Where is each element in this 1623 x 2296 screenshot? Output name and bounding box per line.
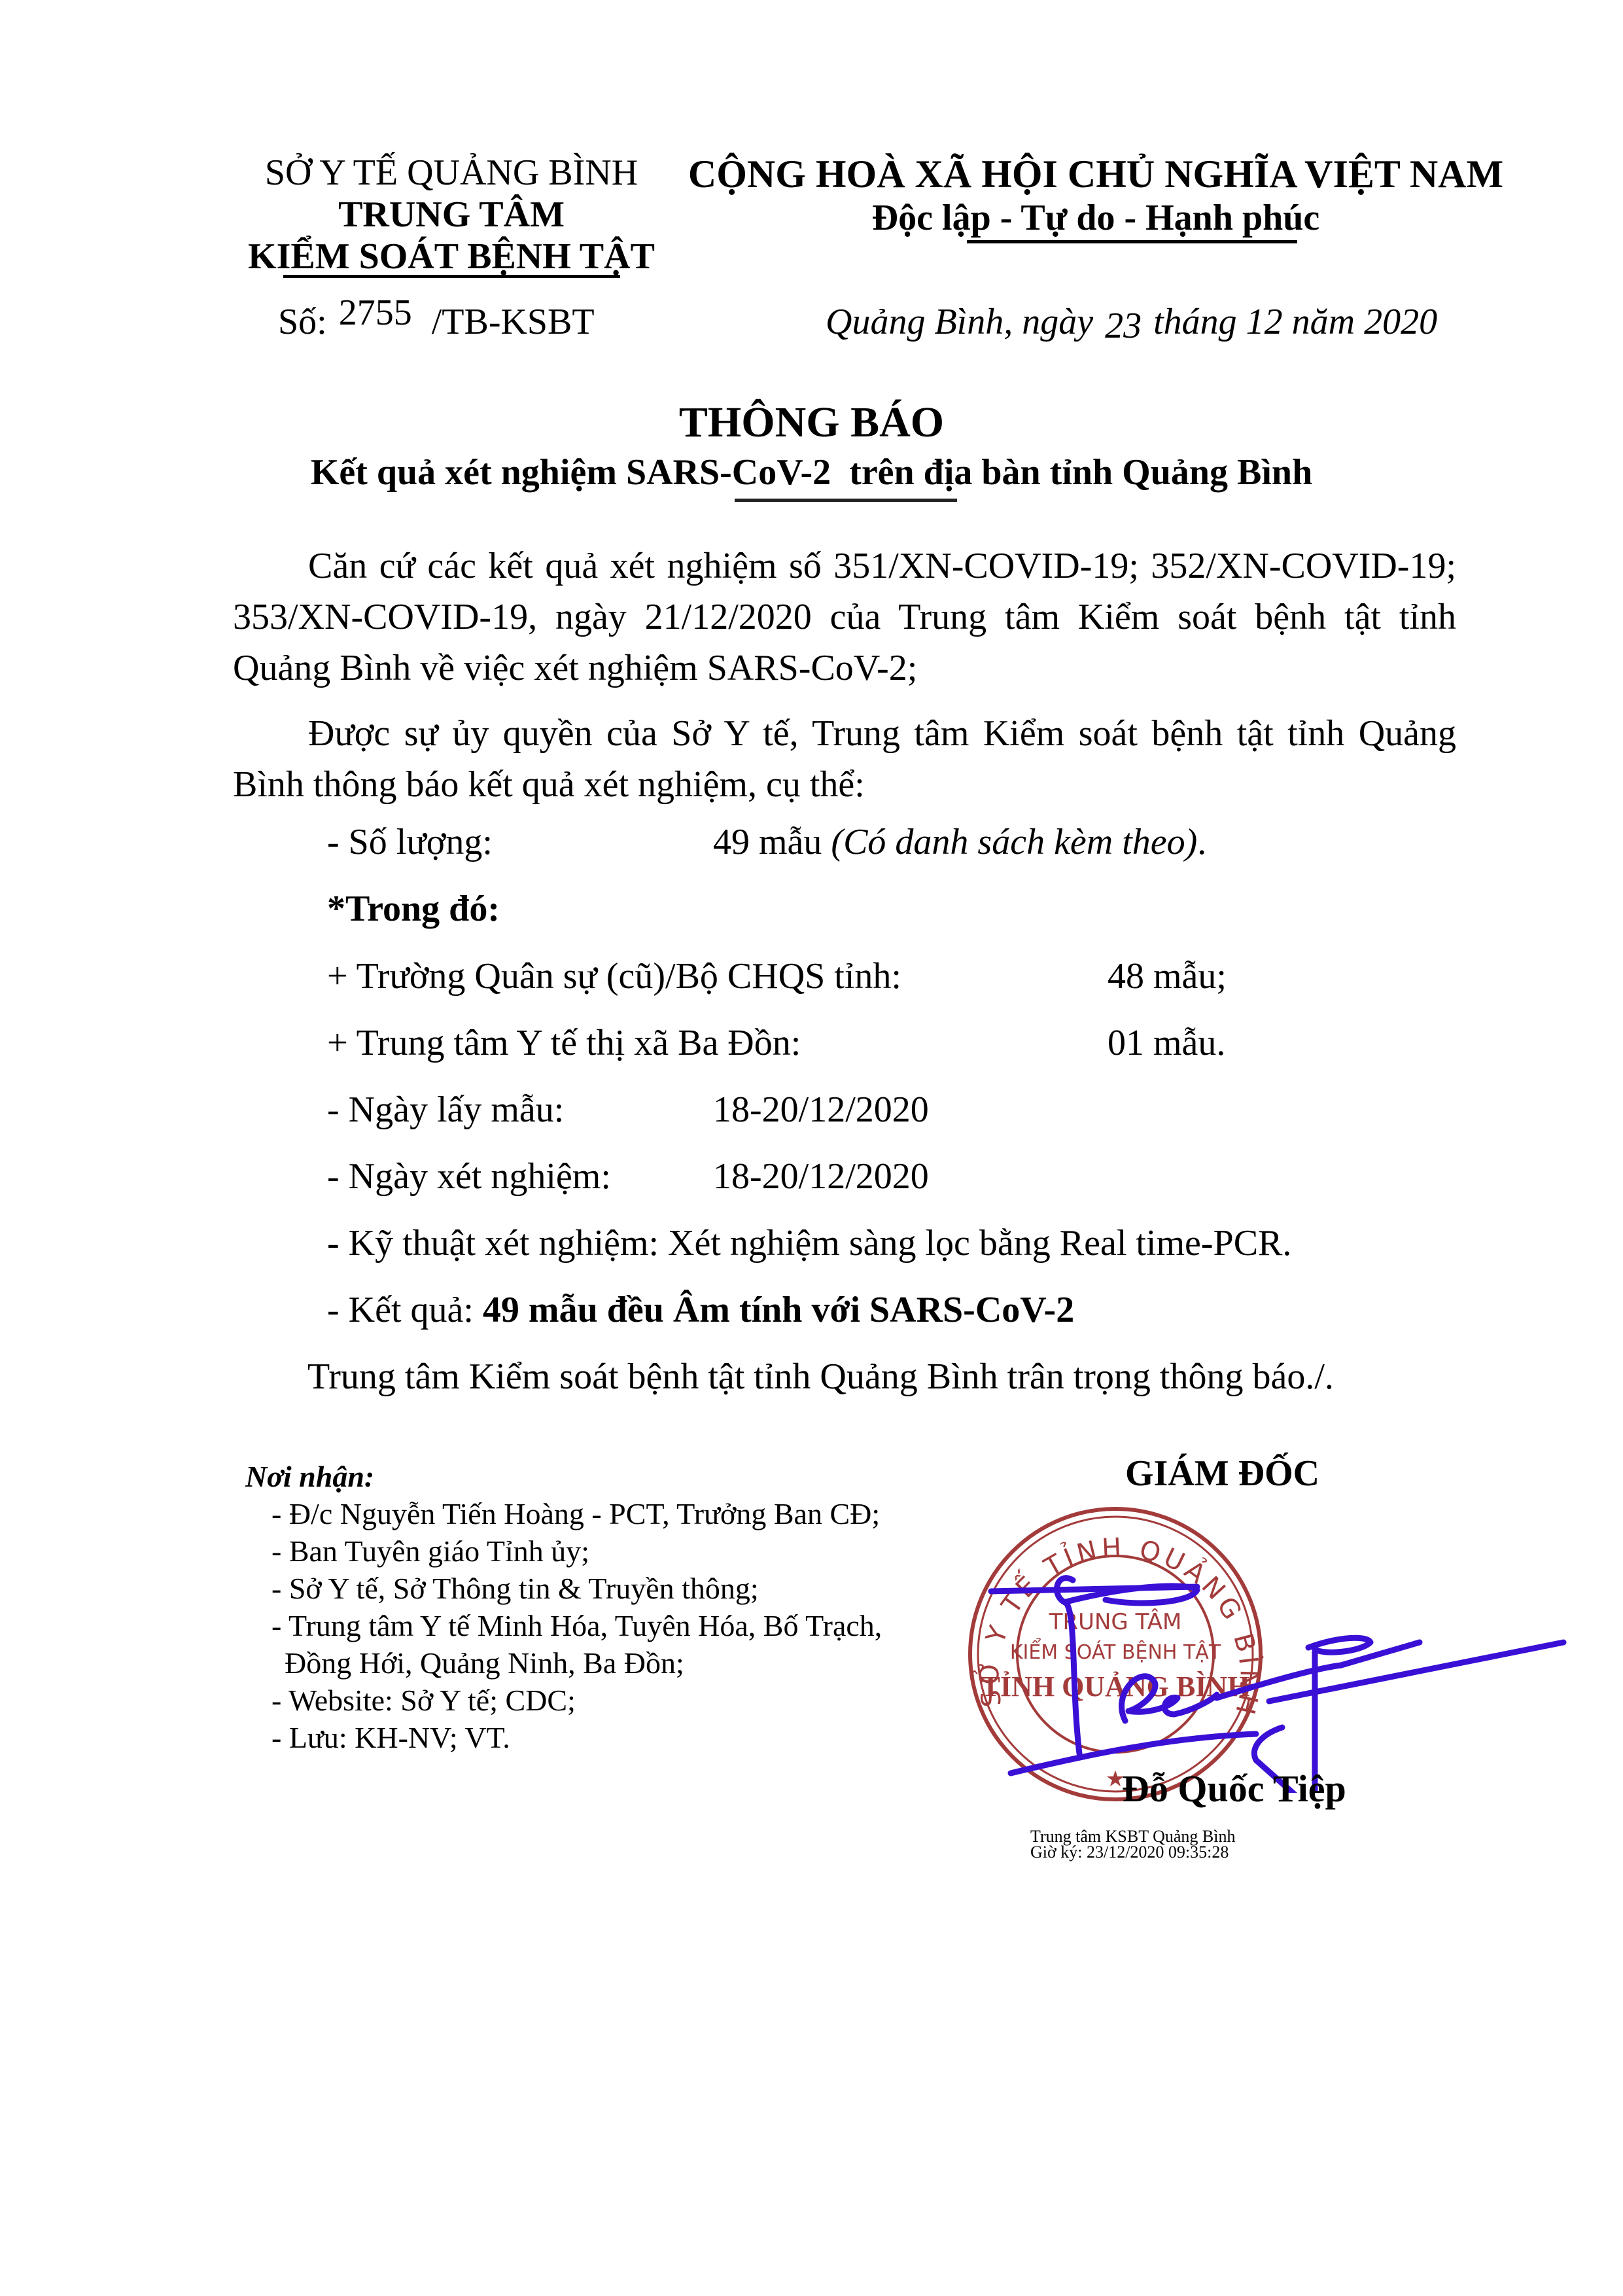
document-subtitle: Kết quả xét nghiệm SARS-CoV-2 trên địa b… <box>0 451 1623 493</box>
test-date-value: 18-20/12/2020 <box>713 1156 929 1197</box>
issuing-agency: SỞ Y TẾ QUẢNG BÌNH TRUNG TÂM KIỂM SOÁT B… <box>216 152 687 278</box>
test-date-row: - Ngày xét nghiệm: 18-20/12/2020 <box>327 1156 611 1197</box>
quantity-note: (Có danh sách kèm theo) <box>831 822 1197 862</box>
quantity-end: . <box>1197 822 1206 862</box>
recipient-item: - Đ/c Nguyễn Tiến Hoàng - PCT, Trưởng Ba… <box>245 1495 882 1532</box>
agency-parent: SỞ Y TẾ QUẢNG BÌNH <box>216 152 687 194</box>
national-title: CỘNG HOÀ XÃ HỘI CHỦ NGHĨA VIỆT NAM <box>674 152 1518 197</box>
esign-timestamp: Giờ ký: 23/12/2020 09:35:28 <box>1030 1845 1236 1860</box>
date-day: 23 <box>1105 306 1142 346</box>
date-prefix: Quảng Bình, ngày <box>826 302 1093 342</box>
agency-name-line2: KIỂM SOÁT BỆNH TẬT <box>216 236 687 277</box>
quantity-label: - Số lượng: <box>327 821 493 863</box>
paragraph-authorization: Được sự ủy quyền của Sở Y tế, Trung tâm … <box>233 708 1456 810</box>
result-row: - Kết quả: 49 mẫu đều Âm tính với SARS-C… <box>327 1289 1074 1331</box>
signer-title: GIÁM ĐỐC <box>1125 1453 1319 1494</box>
handwritten-signature <box>975 1557 1583 1793</box>
number-suffix: /TB-KSBT <box>432 302 595 342</box>
recipient-item: - Sở Y tế, Sở Thông tin & Truyền thông; <box>245 1570 882 1607</box>
document-number: Số:2755/TB-KSBT <box>278 301 595 343</box>
breakdown-row: + Trung tâm Y tế thị xã Ba Đồn: 01 mẫu. <box>327 1022 801 1064</box>
breakdown-label: + Trường Quân sự (cũ)/Bộ CHQS tỉnh: <box>327 955 901 997</box>
date-suffix: tháng 12 năm 2020 <box>1153 302 1437 342</box>
document-date: Quảng Bình, ngày23tháng 12 năm 2020 <box>826 301 1437 343</box>
paragraph-basis: Căn cứ các kết quả xét nghiệm số 351/XN-… <box>233 540 1456 694</box>
quantity-count: 49 mẫu <box>713 822 822 862</box>
breakdown-label: + Trung tâm Y tế thị xã Ba Đồn: <box>327 1022 801 1064</box>
breakdown-value: 01 mẫu. <box>1108 1022 1225 1064</box>
number-value: 2755 <box>339 292 412 333</box>
closing-line: Trung tâm Kiểm soát bệnh tật tỉnh Quảng … <box>307 1356 1334 1398</box>
digital-signature-info: Trung tâm KSBT Quảng Bình Giờ ký: 23/12/… <box>1030 1829 1236 1860</box>
national-header: CỘNG HOÀ XÃ HỘI CHỦ NGHĨA VIỆT NAM Độc l… <box>674 152 1518 243</box>
sample-date-row: - Ngày lấy mẫu: 18-20/12/2020 <box>327 1089 564 1131</box>
sample-date-label: - Ngày lấy mẫu: <box>327 1089 564 1131</box>
recipients-block: Nơi nhận: - Đ/c Nguyễn Tiến Hoàng - PCT,… <box>245 1458 882 1756</box>
document-title: THÔNG BÁO <box>0 398 1623 448</box>
sample-date-value: 18-20/12/2020 <box>713 1089 929 1131</box>
signer-name: Đỗ Quốc Tiệp <box>1122 1767 1346 1810</box>
recipients-heading: Nơi nhận: <box>245 1458 882 1495</box>
recipient-item: - Ban Tuyên giáo Tỉnh ủy; <box>245 1532 882 1570</box>
national-motto: Độc lập - Tự do - Hạnh phúc <box>674 197 1518 239</box>
breakdown-row: + Trường Quân sự (cũ)/Bộ CHQS tỉnh: 48 m… <box>327 955 901 997</box>
recipient-item: - Website: Sở Y tế; CDC; <box>245 1682 882 1719</box>
breakdown-value: 48 mẫu; <box>1108 955 1227 997</box>
quantity-value: 49 mẫu (Có danh sách kèm theo). <box>713 821 1206 863</box>
number-prefix: Số: <box>278 302 327 342</box>
recipient-item: - Lưu: KH-NV; VT. <box>245 1719 882 1756</box>
result-value: 49 mẫu đều Âm tính với SARS-CoV-2 <box>483 1290 1074 1330</box>
breakdown-heading: *Trong đó: <box>327 888 500 930</box>
recipient-item-continued: Đồng Hới, Quảng Ninh, Ba Đồn; <box>245 1644 882 1682</box>
agency-name-line1: TRUNG TÂM <box>216 194 687 236</box>
motto-underline <box>967 240 1297 243</box>
test-date-label: - Ngày xét nghiệm: <box>327 1156 611 1197</box>
recipient-item: - Trung tâm Y tế Minh Hóa, Tuyên Hóa, Bố… <box>245 1607 882 1644</box>
quantity-row: - Số lượng: 49 mẫu (Có danh sách kèm the… <box>327 821 493 863</box>
subtitle-underline <box>735 499 957 502</box>
result-label: - Kết quả: <box>327 1290 474 1330</box>
technique-row: - Kỹ thuật xét nghiệm: Xét nghiệm sàng l… <box>327 1222 1291 1264</box>
